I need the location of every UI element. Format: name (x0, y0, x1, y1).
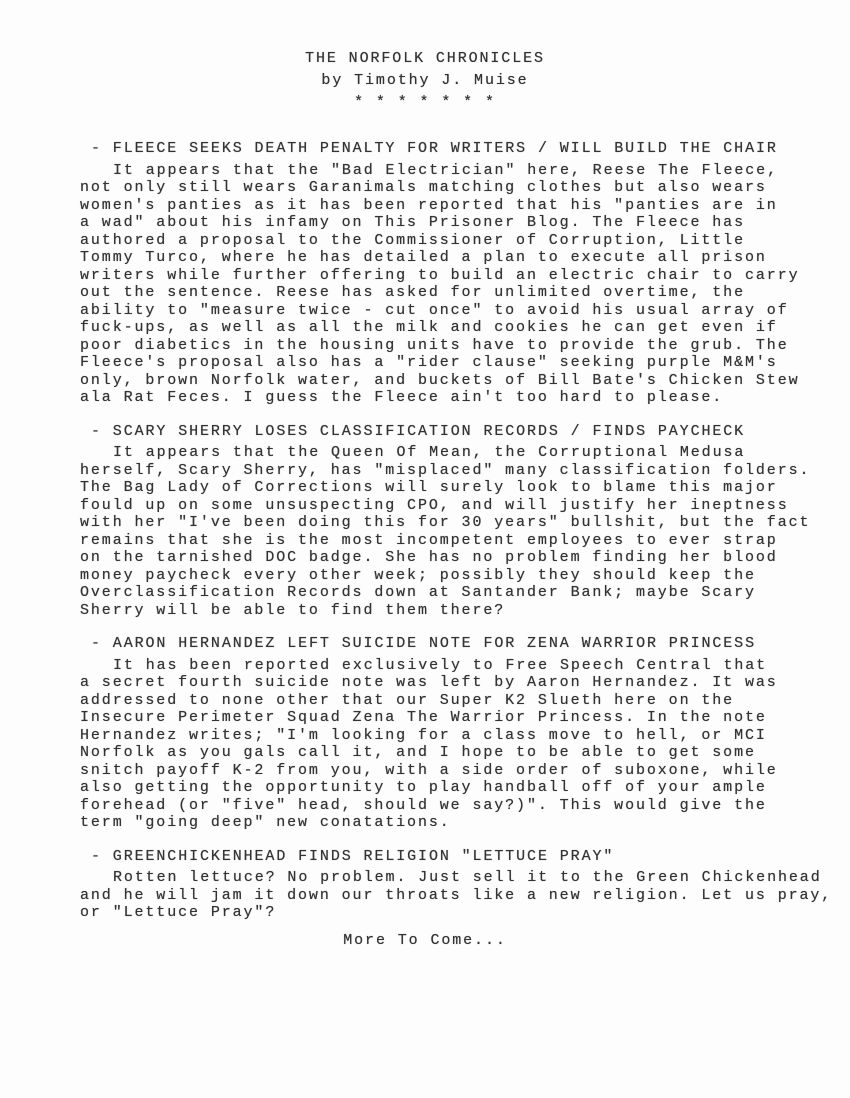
paragraph-line: not only still wears Garanimals matching… (80, 179, 825, 197)
paragraph-line: and he will jam it down our throats like… (80, 887, 825, 905)
paragraph-line: addressed to none other that our Super K… (80, 692, 825, 710)
article-sections: - FLEECE SEEKS DEATH PENALTY FOR WRITERS… (80, 140, 825, 922)
paragraph-line: Sherry will be able to find them there? (80, 602, 825, 620)
article-section: - GREENCHICKENHEAD FINDS RELIGION "LETTU… (80, 848, 825, 922)
section-paragraph: It has been reported exclusively to Free… (80, 657, 825, 832)
paragraph-line: a secret fourth suicide note was left by… (80, 674, 825, 692)
asterisk-divider: * * * * * * * (80, 92, 770, 114)
paragraph-line: fould up on some unsuspecting CPO, and w… (80, 497, 825, 515)
document-content: THE NORFOLK CHRONICLES by Timothy J. Mui… (80, 48, 825, 949)
section-heading: - FLEECE SEEKS DEATH PENALTY FOR WRITERS… (80, 140, 825, 158)
scanned-document-page: THE NORFOLK CHRONICLES by Timothy J. Mui… (0, 0, 850, 1098)
section-paragraph: It appears that the "Bad Electrician" he… (80, 162, 825, 407)
paragraph-line: It appears that the "Bad Electrician" he… (80, 162, 825, 180)
paragraph-line: Fleece's proposal also has a "rider clau… (80, 354, 825, 372)
paragraph-line: Tommy Turco, where he has detailed a pla… (80, 249, 825, 267)
paragraph-line: Overclassification Records down at Santa… (80, 584, 825, 602)
paragraph-line: authored a proposal to the Commissioner … (80, 232, 825, 250)
paragraph-line: Hernandez writes; "I'm looking for a cla… (80, 727, 825, 745)
article-section: - FLEECE SEEKS DEATH PENALTY FOR WRITERS… (80, 140, 825, 407)
paragraph-line: snitch payoff K-2 from you, with a side … (80, 762, 825, 780)
paragraph-line: or "Lettuce Pray"? (80, 904, 825, 922)
paragraph-line: herself, Scary Sherry, has "misplaced" m… (80, 462, 825, 480)
paragraph-line: writers while further offering to build … (80, 267, 825, 285)
document-footer: More To Come... (80, 932, 770, 950)
paragraph-line: It has been reported exclusively to Free… (80, 657, 825, 675)
section-heading: - AARON HERNANDEZ LEFT SUICIDE NOTE FOR … (80, 635, 825, 653)
paragraph-line: The Bag Lady of Corrections will surely … (80, 479, 825, 497)
section-paragraph: It appears that the Queen Of Mean, the C… (80, 444, 825, 619)
paragraph-line: ala Rat Feces. I guess the Fleece ain't … (80, 389, 825, 407)
paragraph-line: a wad" about his infamy on This Prisoner… (80, 214, 825, 232)
paragraph-line: only, brown Norfolk water, and buckets o… (80, 372, 825, 390)
paragraph-line: on the tarnished DOC badge. She has no p… (80, 549, 825, 567)
section-heading: - SCARY SHERRY LOSES CLASSIFICATION RECO… (80, 423, 825, 441)
document-byline: by Timothy J. Muise (80, 70, 770, 92)
paragraph-line: with her "I've been doing this for 30 ye… (80, 514, 825, 532)
paragraph-line: poor diabetics in the housing units have… (80, 337, 825, 355)
paragraph-line: Insecure Perimeter Squad Zena The Warrio… (80, 709, 825, 727)
paragraph-line: It appears that the Queen Of Mean, the C… (80, 444, 825, 462)
paragraph-line: money paycheck every other week; possibl… (80, 567, 825, 585)
paragraph-line: also getting the opportunity to play han… (80, 779, 825, 797)
article-section: - AARON HERNANDEZ LEFT SUICIDE NOTE FOR … (80, 635, 825, 832)
paragraph-line: Rotten lettuce? No problem. Just sell it… (80, 869, 825, 887)
article-section: - SCARY SHERRY LOSES CLASSIFICATION RECO… (80, 423, 825, 620)
masthead: THE NORFOLK CHRONICLES by Timothy J. Mui… (80, 48, 770, 114)
document-title: THE NORFOLK CHRONICLES (80, 48, 770, 70)
section-paragraph: Rotten lettuce? No problem. Just sell it… (80, 869, 825, 922)
paragraph-line: ability to "measure twice - cut once" to… (80, 302, 825, 320)
paragraph-line: out the sentence. Reese has asked for un… (80, 284, 825, 302)
paragraph-line: forehead (or "five" head, should we say?… (80, 797, 825, 815)
paragraph-line: Norfolk as you gals call it, and I hope … (80, 744, 825, 762)
section-heading: - GREENCHICKENHEAD FINDS RELIGION "LETTU… (80, 848, 825, 866)
paragraph-line: women's panties as it has been reported … (80, 197, 825, 215)
paragraph-line: fuck-ups, as well as all the milk and co… (80, 319, 825, 337)
paragraph-line: remains that she is the most incompetent… (80, 532, 825, 550)
paragraph-line: term "going deep" new conatations. (80, 814, 825, 832)
